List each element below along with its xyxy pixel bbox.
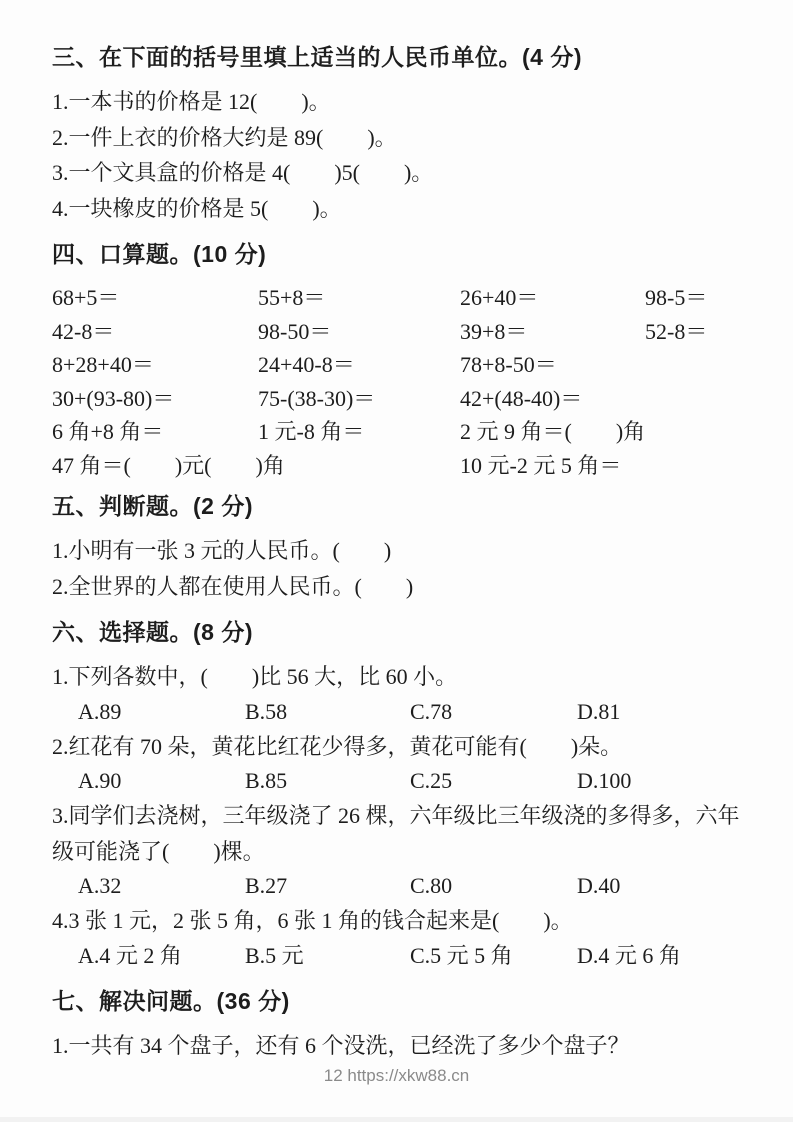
option-d: D.81 (577, 695, 757, 729)
question-line: 3.一个文具盒的价格是 4( )5( )。 (52, 155, 757, 191)
section-3-heading: 三、在下面的括号里填上适当的人民币单位。(4 分) (52, 44, 757, 71)
option-c: C.25 (410, 764, 577, 798)
options-row: A.4 元 2 角 B.5 元 C.5 元 5 角 D.4 元 6 角 (78, 939, 757, 973)
option-a: A.32 (78, 869, 245, 903)
question-line: 2.一件上衣的价格大约是 89( )。 (52, 120, 757, 156)
calc-cell: 24+40-8＝ (258, 348, 460, 382)
option-b: B.85 (245, 764, 410, 798)
option-d: D.4 元 6 角 (577, 939, 757, 973)
section-6-multiple-choice: 六、选择题。(8 分) 1.下列各数中，( )比 56 大，比 60 小。 A.… (52, 619, 757, 973)
option-a: A.4 元 2 角 (78, 939, 245, 973)
calc-cell: 2 元 9 角＝( )角 (460, 415, 757, 449)
question-stem: 2.红花有 70 朵，黄花比红花少得多，黄花可能有( )朵。 (52, 729, 757, 765)
section-6-heading: 六、选择题。(8 分) (52, 619, 757, 646)
calc-row: 42-8＝ 98-50＝ 39+8＝ 52-8＝ (52, 315, 757, 349)
option-b: B.27 (245, 869, 410, 903)
options-row: A.32 B.27 C.80 D.40 (78, 869, 757, 903)
calc-row: 6 角+8 角＝ 1 元-8 角＝ 2 元 9 角＝( )角 (52, 415, 757, 449)
calc-cell: 75-(38-30)＝ (258, 382, 460, 416)
calc-cell: 42+(48-40)＝ (460, 382, 757, 416)
question-line: 1.一本书的价格是 12( )。 (52, 84, 757, 120)
option-a: A.89 (78, 695, 245, 729)
calc-cell: 52-8＝ (645, 315, 757, 349)
question-line: 1.小明有一张 3 元的人民币。( ) (52, 533, 757, 569)
calc-cell: 6 角+8 角＝ (52, 415, 258, 449)
calc-cell: 98-5＝ (645, 281, 757, 315)
options-row: A.90 B.85 C.25 D.100 (78, 764, 757, 798)
worksheet-content: 三、在下面的括号里填上适当的人民币单位。(4 分) 1.一本书的价格是 12( … (0, 0, 793, 1063)
bottom-strip (0, 1117, 793, 1122)
question-stem: 3.同学们去浇树，三年级浇了 26 棵，六年级比三年级浇的多得多，六年级可能浇了… (52, 798, 757, 869)
question-line: 1.一共有 34 个盘子，还有 6 个没洗，已经洗了多少个盘子？ (52, 1028, 757, 1064)
option-d: D.40 (577, 869, 757, 903)
calc-cell: 47 角＝( )元( )角 (52, 449, 460, 483)
question-stem: 4.3 张 1 元，2 张 5 角，6 张 1 角的钱合起来是( )。 (52, 903, 757, 939)
calc-cell: 8+28+40＝ (52, 348, 258, 382)
options-row: A.89 B.58 C.78 D.81 (78, 695, 757, 729)
calc-row: 30+(93-80)＝ 75-(38-30)＝ 42+(48-40)＝ (52, 382, 757, 416)
calc-row: 68+5＝ 55+8＝ 26+40＝ 98-5＝ (52, 281, 757, 315)
section-5-true-false: 五、判断题。(2 分) 1.小明有一张 3 元的人民币。( ) 2.全世界的人都… (52, 493, 757, 604)
section-7-word-problems: 七、解决问题。(36 分) 1.一共有 34 个盘子，还有 6 个没洗，已经洗了… (52, 988, 757, 1064)
option-c: C.78 (410, 695, 577, 729)
section-7-heading: 七、解决问题。(36 分) (52, 988, 757, 1015)
worksheet-page: { "doc": { "colors": { "background": "#f… (0, 0, 793, 1122)
section-3-currency-units: 三、在下面的括号里填上适当的人民币单位。(4 分) 1.一本书的价格是 12( … (52, 44, 757, 226)
calc-cell: 30+(93-80)＝ (52, 382, 258, 416)
option-d: D.100 (577, 764, 757, 798)
section-5-heading: 五、判断题。(2 分) (52, 493, 757, 520)
question-stem: 1.下列各数中，( )比 56 大，比 60 小。 (52, 659, 757, 695)
option-a: A.90 (78, 764, 245, 798)
section-4-oral-calculation: 四、口算题。(10 分) 68+5＝ 55+8＝ 26+40＝ 98-5＝ 42… (52, 241, 757, 482)
calc-cell: 26+40＝ (460, 281, 645, 315)
calc-cell: 10 元-2 元 5 角＝ (460, 449, 757, 483)
calc-row: 8+28+40＝ 24+40-8＝ 78+8-50＝ (52, 348, 757, 382)
page-footer: 12 https://xkw88.cn (0, 1066, 793, 1086)
option-b: B.5 元 (245, 939, 410, 973)
calc-cell: 68+5＝ (52, 281, 258, 315)
calc-cell: 98-50＝ (258, 315, 460, 349)
question-line: 2.全世界的人都在使用人民币。( ) (52, 569, 757, 605)
calc-cell: 55+8＝ (258, 281, 460, 315)
option-c: C.80 (410, 869, 577, 903)
calc-cell: 39+8＝ (460, 315, 645, 349)
calc-cell: 1 元-8 角＝ (258, 415, 460, 449)
question-line: 4.一块橡皮的价格是 5( )。 (52, 191, 757, 227)
calc-cell: 78+8-50＝ (460, 348, 757, 382)
option-c: C.5 元 5 角 (410, 939, 577, 973)
calc-cell: 42-8＝ (52, 315, 258, 349)
calc-row: 47 角＝( )元( )角 10 元-2 元 5 角＝ (52, 449, 757, 483)
section-4-heading: 四、口算题。(10 分) (52, 241, 757, 268)
option-b: B.58 (245, 695, 410, 729)
